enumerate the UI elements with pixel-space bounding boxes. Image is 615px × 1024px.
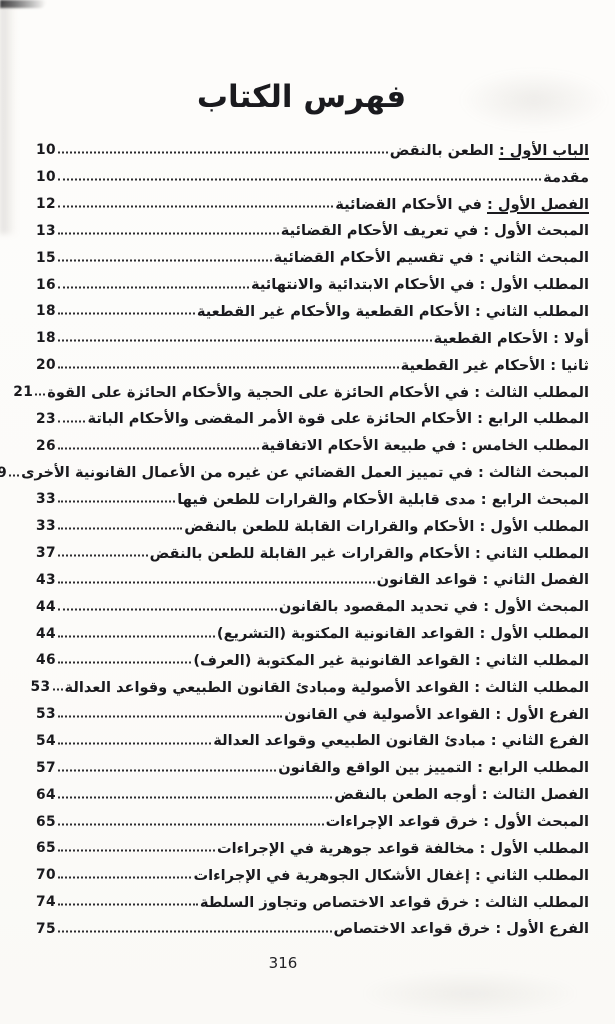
- toc-entry-text: أولا : الأحكام القطعية: [434, 330, 589, 347]
- toc-entry: المبحث الثالث : في تمييز العمل القضائي ع…: [36, 459, 589, 486]
- toc-entry-page-number: 53: [36, 706, 56, 722]
- dotted-leader: [58, 930, 332, 932]
- toc-entry-page-number: 33: [36, 491, 56, 507]
- toc-entry-page-number: 18: [36, 303, 56, 319]
- toc-entry-title: المطلب الأول : في الأحكام الابتدائية وال…: [251, 276, 589, 293]
- dotted-leader: [58, 313, 195, 315]
- dotted-leader: [58, 581, 375, 583]
- toc-entry-page-number: 43: [36, 572, 56, 588]
- toc-entry: المطلب الثاني : إغفال الأشكال الجوهرية ف…: [36, 862, 589, 889]
- toc-entry: المطلب الرابع : التمييز بين الواقع والقا…: [36, 754, 589, 781]
- dotted-leader: [58, 286, 249, 288]
- toc-entry-text: المطلب الثاني : الأحكام والقرارات غير ال…: [150, 545, 589, 562]
- toc-entry-page-number: 12: [36, 196, 56, 212]
- toc-entry-title: المطلب الثاني : إغفال الأشكال الجوهرية ف…: [193, 867, 589, 884]
- dotted-leader: [58, 662, 191, 664]
- dotted-leader: [58, 716, 282, 718]
- toc-entry: المطلب الثالث : في الأحكام الحائزة على ا…: [36, 379, 589, 406]
- toc-entry: المطلب الثاني : الأحكام والقرارات غير ال…: [36, 540, 589, 567]
- dotted-leader: [58, 555, 148, 557]
- dotted-leader: [58, 179, 541, 181]
- toc-entry-title: أولا : الأحكام القطعية: [434, 330, 589, 347]
- toc-entry: المبحث الرابع : مدى قابلية الأحكام والقر…: [36, 486, 589, 513]
- scan-shadow-left-edge: [0, 4, 16, 234]
- toc-entry-page-number: 44: [36, 599, 56, 615]
- toc-entry-page-number: 26: [36, 438, 56, 454]
- toc-entry-text: المطلب الأول : القواعد القانونية المكتوب…: [217, 625, 589, 642]
- toc-entry-page-number: 10: [36, 169, 56, 185]
- toc-entry-title: المطلب الثالث : خرق قواعد الاختصاص وتجاو…: [200, 894, 589, 911]
- page-title: فهرس الكتاب: [0, 79, 603, 115]
- toc-entry-text: الفرع الأول : القواعد الأصولية في القانو…: [284, 706, 589, 723]
- toc-entry-page-number: 65: [36, 840, 56, 856]
- toc-entry-page-number: 53: [31, 679, 51, 695]
- toc-entry: الفرع الثاني : مبادئ القانون الطبيعي وقو…: [36, 728, 589, 755]
- toc-entry-page-number: 13: [36, 223, 56, 239]
- toc-entry-text: المطلب الثالث : في الأحكام الحائزة على ا…: [47, 384, 589, 401]
- toc-entry-text: الفصل الثالث : أوجه الطعن بالنقض: [334, 786, 589, 803]
- toc-entry-text: المطلب الثاني : إغفال الأشكال الجوهرية ف…: [193, 867, 589, 884]
- toc-entry: المطلب الأول : الأحكام والقرارات القابلة…: [36, 513, 589, 540]
- toc-entry-page-number: 10: [36, 142, 56, 158]
- toc-entry-page-number: 16: [36, 277, 56, 293]
- toc-entry-title: المبحث الأول : خرق قواعد الإجراءات: [326, 813, 589, 830]
- toc-entry-title: المطلب الثالث : في الأحكام الحائزة على ا…: [47, 384, 589, 401]
- toc-entry-text: المطلب الثاني : الأحكام القطعية والأحكام…: [197, 303, 589, 320]
- dotted-leader: [58, 850, 215, 852]
- toc-entry-title: المطلب الأول : الأحكام والقرارات القابلة…: [184, 518, 589, 535]
- toc-entry-page-number: 29: [0, 465, 7, 481]
- scanned-book-page: فهرس الكتاب الباب الأول : الطعن بالنقض 1…: [0, 0, 615, 1024]
- toc-entry-text: الفرع الثاني : مبادئ القانون الطبيعي وقو…: [213, 732, 589, 749]
- toc-entry-title: المطلب الثالث : القواعد الأصولية ومبادئ …: [65, 679, 589, 696]
- toc-entry-page-number: 18: [36, 330, 56, 346]
- toc-entry: الفرع الأول : خرق قواعد الاختصاص 75: [36, 915, 589, 942]
- toc-entry-page-number: 70: [36, 867, 56, 883]
- toc-entry-text: المبحث الأول : في تحديد المقصود بالقانون: [279, 598, 589, 615]
- dotted-leader: [58, 877, 191, 879]
- toc-entry-heading-underlined: الباب الأول :: [499, 142, 589, 159]
- toc-entry-text: الطعن بالنقض: [390, 142, 499, 159]
- toc-entry-text: المطلب الرابع : التمييز بين الواقع والقا…: [278, 759, 589, 776]
- toc-entry-page-number: 20: [36, 357, 56, 373]
- toc-entry-title: المبحث الأول : في تحديد المقصود بالقانون: [279, 598, 589, 615]
- toc-entry: المطلب الرابع : الأحكام الحائزة على قوة …: [36, 405, 589, 432]
- toc-entry-text: المطلب الأول : مخالفة قواعد جوهرية في ال…: [217, 840, 589, 857]
- toc-entry-title: الفرع الثاني : مبادئ القانون الطبيعي وقو…: [213, 732, 589, 749]
- dotted-leader: [58, 742, 211, 744]
- dotted-leader: [58, 367, 399, 369]
- toc-entry-title: المطلب الثاني : الأحكام والقرارات غير ال…: [150, 545, 589, 562]
- dotted-leader: [58, 608, 277, 610]
- toc-entry: الباب الأول : الطعن بالنقض 10: [36, 137, 589, 164]
- toc-entry-page-number: 75: [36, 921, 56, 937]
- dotted-leader: [58, 635, 215, 637]
- toc-entry: المبحث الأول : في تعريف الأحكام القضائية…: [36, 218, 589, 245]
- toc-entry-title: المبحث الرابع : مدى قابلية الأحكام والقر…: [177, 491, 589, 508]
- toc-entry-title: الباب الأول : الطعن بالنقض: [390, 142, 589, 159]
- dotted-leader: [58, 420, 85, 422]
- dotted-leader: [58, 904, 198, 906]
- toc-entry-text: المطلب الثاني : القواعد القانونية غير ال…: [193, 652, 589, 669]
- toc-entry-page-number: 37: [36, 545, 56, 561]
- toc-entry-title: ثانيا : الأحكام غير القطعية: [401, 357, 589, 374]
- toc-entry: المطلب الأول : في الأحكام الابتدائية وال…: [36, 271, 589, 298]
- toc-entry-title: الفصل الثالث : أوجه الطعن بالنقض: [334, 786, 589, 803]
- toc-entry-page-number: 65: [36, 814, 56, 830]
- dotted-leader: [58, 232, 279, 234]
- toc-entry-title: المطلب الخامس : في طبيعة الأحكام الاتفاق…: [261, 437, 589, 454]
- toc-entry: المطلب الثاني : الأحكام القطعية والأحكام…: [36, 298, 589, 325]
- toc-entry: المبحث الثاني : في تقسيم الأحكام القضائي…: [36, 244, 589, 271]
- toc-entry: المطلب الثاني : القواعد القانونية غير ال…: [36, 647, 589, 674]
- toc-entry-heading-underlined: الفصل الأول :: [487, 196, 589, 213]
- toc-entry-title: مقدمة: [543, 169, 589, 186]
- toc-entry-page-number: 23: [36, 411, 56, 427]
- toc-entry-text: مقدمة: [543, 169, 589, 186]
- page-number: 316: [0, 954, 566, 972]
- toc-entry-title: الفصل الثاني : قواعد القانون: [377, 571, 589, 588]
- toc-entry-text: ثانيا : الأحكام غير القطعية: [401, 357, 589, 374]
- toc-entry: المطلب الخامس : في طبيعة الأحكام الاتفاق…: [36, 432, 589, 459]
- toc-entry: الفصل الثالث : أوجه الطعن بالنقض 64: [36, 781, 589, 808]
- toc-entry-page-number: 15: [36, 250, 56, 266]
- toc-entry-title: الفرع الأول : القواعد الأصولية في القانو…: [284, 706, 589, 723]
- toc-entry: الفصل الأول : في الأحكام القضائية 12: [36, 191, 589, 218]
- toc-entry: الفصل الثاني : قواعد القانون 43: [36, 567, 589, 594]
- toc-entry: المطلب الثالث : القواعد الأصولية ومبادئ …: [36, 674, 589, 701]
- toc-entry-title: المطلب الأول : مخالفة قواعد جوهرية في ال…: [217, 840, 589, 857]
- toc-entry-text: الفرع الأول : خرق قواعد الاختصاص: [334, 920, 589, 937]
- dotted-leader: [58, 152, 388, 154]
- toc-entry: أولا : الأحكام القطعية 18: [36, 325, 589, 352]
- toc-entry-text: المبحث الثالث : في تمييز العمل القضائي ع…: [21, 464, 589, 481]
- toc-entry-page-number: 33: [36, 518, 56, 534]
- toc-entry-text: المطلب الثالث : خرق قواعد الاختصاص وتجاو…: [200, 894, 589, 911]
- toc-entry: المطلب الثالث : خرق قواعد الاختصاص وتجاو…: [36, 889, 589, 916]
- toc-entry-text: المبحث الثاني : في تقسيم الأحكام القضائي…: [274, 249, 589, 266]
- dotted-leader: [58, 796, 332, 798]
- toc-list: الباب الأول : الطعن بالنقض 10 مقدمة 10 ا…: [36, 137, 589, 942]
- toc-entry-text: المبحث الرابع : مدى قابلية الأحكام والقر…: [177, 491, 589, 508]
- toc-entry-page-number: 46: [36, 652, 56, 668]
- toc-entry: المطلب الأول : مخالفة قواعد جوهرية في ال…: [36, 835, 589, 862]
- toc-entry-title: المبحث الثاني : في تقسيم الأحكام القضائي…: [274, 249, 589, 266]
- toc-entry-title: المطلب الثاني : القواعد القانونية غير ال…: [193, 652, 589, 669]
- toc-entry-page-number: 57: [36, 760, 56, 776]
- toc-entry-title: المطلب الرابع : الأحكام الحائزة على قوة …: [87, 410, 589, 427]
- toc-entry-page-number: 44: [36, 626, 56, 642]
- toc-entry: المبحث الأول : في تحديد المقصود بالقانون…: [36, 593, 589, 620]
- toc-entry-title: المطلب الثاني : الأحكام القطعية والأحكام…: [197, 303, 589, 320]
- toc-entry-text: المطلب الأول : في الأحكام الابتدائية وال…: [251, 276, 589, 293]
- toc-entry-text: الفصل الثاني : قواعد القانون: [377, 571, 589, 588]
- toc-entry-text: في الأحكام القضائية: [335, 196, 487, 213]
- dotted-leader: [58, 340, 432, 342]
- dotted-leader: [58, 769, 276, 771]
- toc-entry: المبحث الأول : خرق قواعد الإجراءات 65: [36, 808, 589, 835]
- toc-entry-title: المبحث الثالث : في تمييز العمل القضائي ع…: [21, 464, 589, 481]
- toc-entry: الفرع الأول : القواعد الأصولية في القانو…: [36, 701, 589, 728]
- dotted-leader: [58, 823, 324, 825]
- dotted-leader: [9, 474, 19, 476]
- toc-entry-title: الفرع الأول : خرق قواعد الاختصاص: [334, 920, 589, 937]
- toc-entry: المطلب الأول : القواعد القانونية المكتوب…: [36, 620, 589, 647]
- toc-entry-title: الفصل الأول : في الأحكام القضائية: [335, 196, 589, 213]
- dotted-leader: [35, 394, 45, 396]
- toc-entry-page-number: 21: [13, 384, 33, 400]
- toc-entry-text: المطلب الرابع : الأحكام الحائزة على قوة …: [87, 410, 589, 427]
- dotted-leader: [58, 501, 175, 503]
- toc-entry-page-number: 64: [36, 787, 56, 803]
- toc-entry-text: المبحث الأول : خرق قواعد الإجراءات: [326, 813, 589, 830]
- toc-entry-page-number: 54: [36, 733, 56, 749]
- dotted-leader: [58, 447, 259, 449]
- dotted-leader: [58, 259, 272, 261]
- toc-entry: ثانيا : الأحكام غير القطعية 20: [36, 352, 589, 379]
- toc-entry-text: المطلب الخامس : في طبيعة الأحكام الاتفاق…: [261, 437, 589, 454]
- toc-entry-text: المطلب الأول : الأحكام والقرارات القابلة…: [184, 518, 589, 535]
- toc-entry-text: المبحث الأول : في تعريف الأحكام القضائية: [281, 222, 589, 239]
- dotted-leader: [53, 689, 63, 691]
- toc-entry-title: المطلب الأول : القواعد القانونية المكتوب…: [217, 625, 589, 642]
- toc-entry: مقدمة 10: [36, 164, 589, 191]
- dotted-leader: [58, 206, 333, 208]
- toc-entry-text: المطلب الثالث : القواعد الأصولية ومبادئ …: [65, 679, 589, 696]
- toc-entry-title: المطلب الرابع : التمييز بين الواقع والقا…: [278, 759, 589, 776]
- toc-entry-page-number: 74: [36, 894, 56, 910]
- scan-noise-bottom-right: [365, 971, 575, 1016]
- dotted-leader: [58, 528, 182, 530]
- toc-entry-title: المبحث الأول : في تعريف الأحكام القضائية: [281, 222, 589, 239]
